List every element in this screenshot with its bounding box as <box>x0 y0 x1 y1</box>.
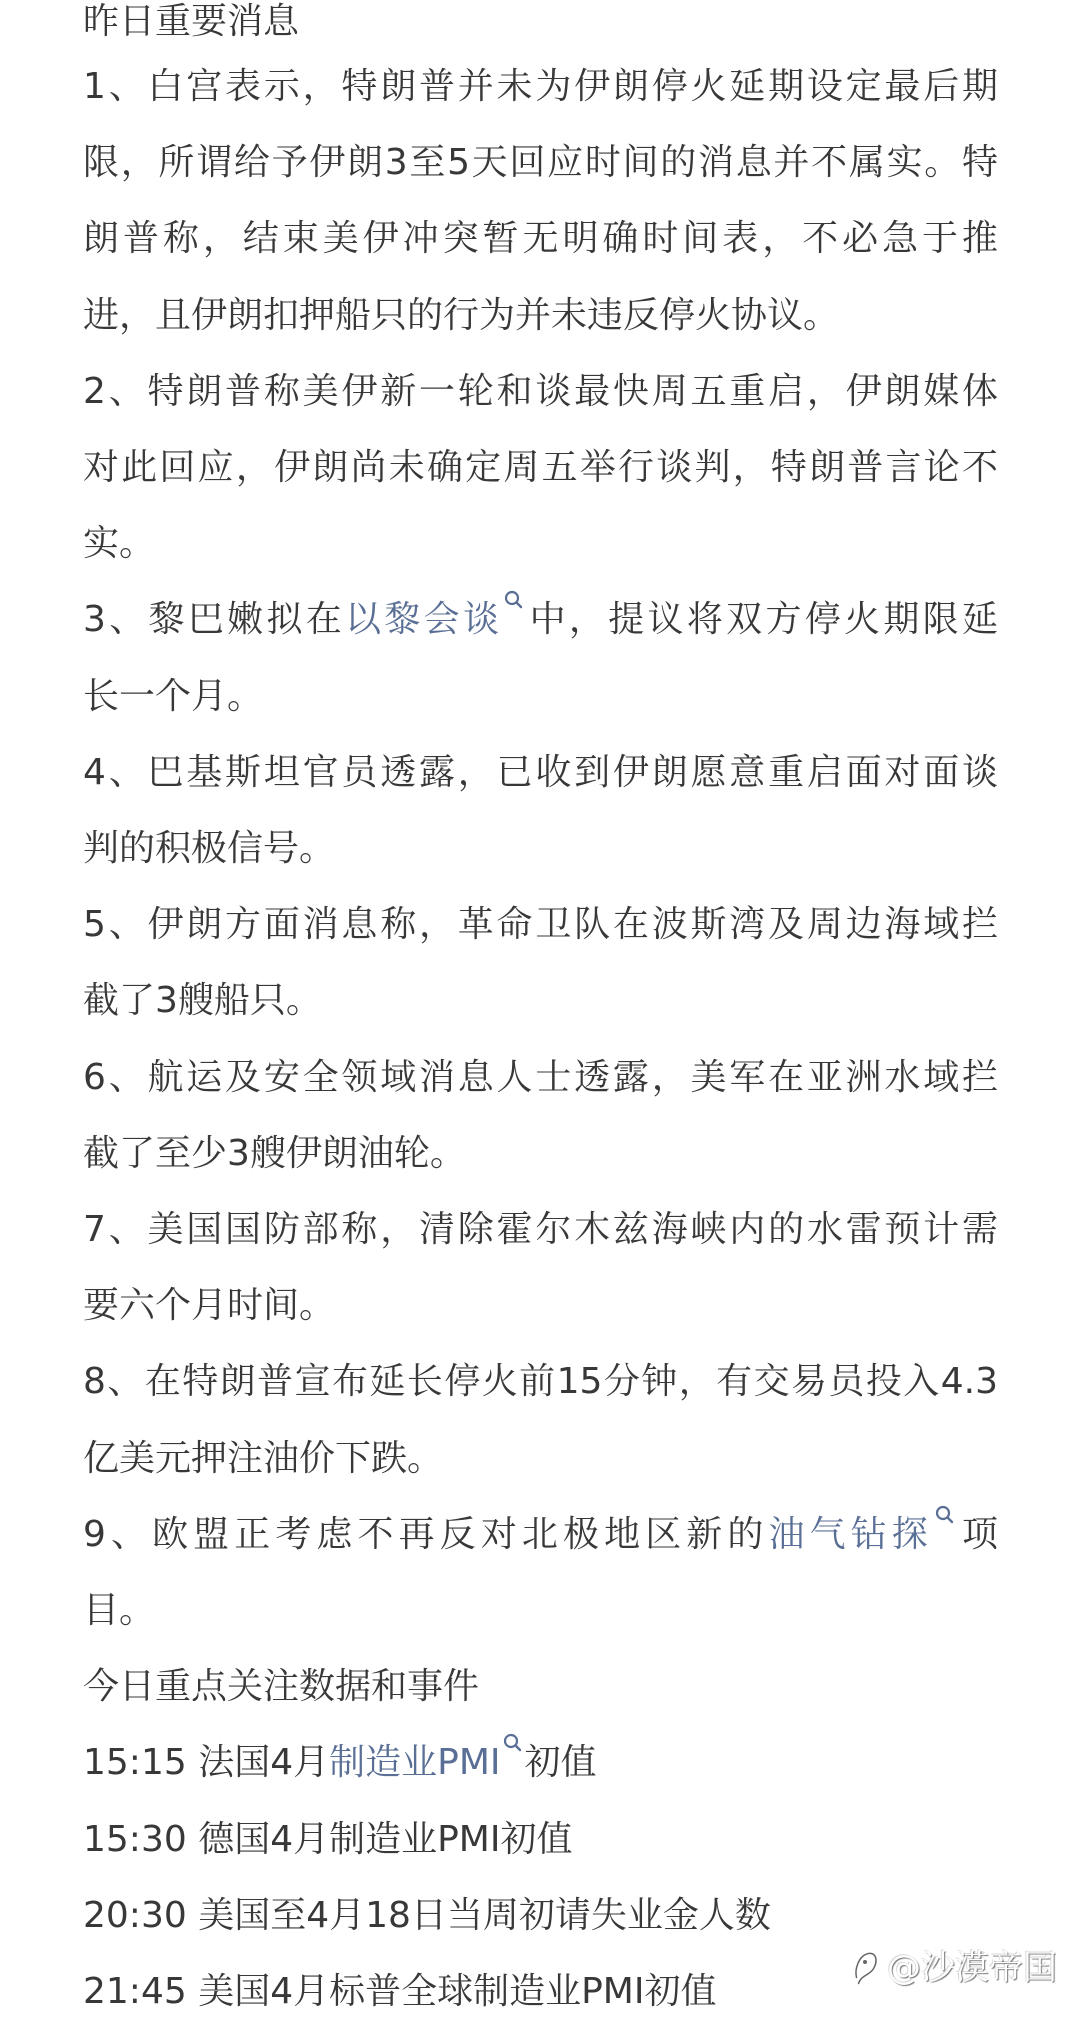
text-line: 截了3艘船只。 <box>83 963 998 1039</box>
text-segment: 21:45 美国4月标普全球制造业PMI初值 <box>83 1971 716 2012</box>
text-line: 对此回应，伊朗尚未确定周五举行谈判，特朗普言论不 <box>83 430 998 506</box>
text-segment: 要六个月时间。 <box>83 1285 335 1326</box>
text-line: 长一个月。 <box>83 659 998 735</box>
text-segment: 4、巴基斯坦官员透露，已收到伊朗愿意重启面对面谈 <box>83 752 998 793</box>
section-title-text: 昨日重要消息 <box>83 1 299 42</box>
text-segment: 初值 <box>525 1742 597 1783</box>
text-segment: 9、欧盟正考虑不再反对北极地区新的 <box>83 1514 769 1555</box>
text-segment: 对此回应，伊朗尚未确定周五举行谈判，特朗普言论不 <box>83 447 998 488</box>
search-icon[interactable] <box>504 590 524 612</box>
text-segment: 1、白宫表示，特朗普并未为伊朗停火延期设定最后期 <box>83 66 998 107</box>
text-line: 15:15 法国4月制造业PMI初值 <box>83 1725 998 1801</box>
text-line: 5、伊朗方面消息称，革命卫队在波斯湾及周边海域拦 <box>83 887 998 963</box>
text-segment: 限，所谓给予伊朗3至5天回应时间的消息并不属实。特 <box>83 142 998 183</box>
text-segment: 朗普称，结束美伊冲突暂无明确时间表，不必急于推 <box>83 218 998 259</box>
text-line: 亿美元押注油价下跌。 <box>83 1421 998 1497</box>
text-segment: 实。 <box>83 523 155 564</box>
text-line: 要六个月时间。 <box>83 1268 998 1344</box>
text-segment: 中，提议将双方停火期限延 <box>526 599 998 640</box>
text-segment: 项 <box>957 1514 998 1555</box>
text-segment: 2、特朗普称美伊新一轮和谈最快周五重启，伊朗媒体 <box>83 371 998 412</box>
section-title-text: 今日重点关注数据和事件 <box>83 1666 479 1707</box>
text-line: 9、欧盟正考虑不再反对北极地区新的油气钻探项 <box>83 1497 998 1573</box>
text-segment: 3、黎巴嫩拟在 <box>83 599 345 640</box>
text-line: 进，且伊朗扣押船只的行为并未违反停火协议。 <box>83 278 998 354</box>
text-segment: 8、在特朗普宣布延长停火前15分钟，有交易员投入4.3 <box>83 1361 998 1402</box>
text-line: 实。 <box>83 506 998 582</box>
text-segment: 长一个月。 <box>83 676 263 717</box>
text-segment: 5、伊朗方面消息称，革命卫队在波斯湾及周边海域拦 <box>83 904 998 945</box>
search-icon[interactable] <box>503 1733 523 1755</box>
text-segment: 判的积极信号。 <box>83 828 335 869</box>
text-segment: 15:15 法国4月 <box>83 1742 329 1783</box>
text-line: 1、白宫表示，特朗普并未为伊朗停火延期设定最后期 <box>83 49 998 125</box>
watermark: @沙漠帝国 <box>845 1940 1057 1988</box>
text-line: 截了至少3艘伊朗油轮。 <box>83 1116 998 1192</box>
text-segment: 目。 <box>83 1590 155 1631</box>
text-line: 4、巴基斯坦官员透露，已收到伊朗愿意重启面对面谈 <box>83 735 998 811</box>
text-line: 6、航运及安全领域消息人士透露，美军在亚洲水域拦 <box>83 1040 998 1116</box>
text-line: 3、黎巴嫩拟在以黎会谈中，提议将双方停火期限延 <box>83 582 998 658</box>
search-link[interactable]: 油气钻探 <box>769 1514 933 1555</box>
section-title-today: 今日重点关注数据和事件 <box>83 1649 998 1725</box>
text-segment: 截了3艘船只。 <box>83 980 322 1021</box>
text-line: 判的积极信号。 <box>83 811 998 887</box>
text-line: 目。 <box>83 1573 998 1649</box>
watermark-text: @沙漠帝国 <box>887 1940 1057 1989</box>
text-segment: 20:30 美国至4月18日当周初请失业金人数 <box>83 1895 771 1936</box>
text-line: 7、美国国防部称，清除霍尔木兹海峡内的水雷预计需 <box>83 1192 998 1268</box>
text-segment: 7、美国国防部称，清除霍尔木兹海峡内的水雷预计需 <box>83 1209 998 1250</box>
search-link[interactable]: 制造业PMI <box>329 1742 500 1783</box>
search-link[interactable]: 以黎会谈 <box>345 599 502 640</box>
text-line: 8、在特朗普宣布延长停火前15分钟，有交易员投入4.3 <box>83 1344 998 1420</box>
text-segment: 截了至少3艘伊朗油轮。 <box>83 1133 466 1174</box>
text-line: 2、特朗普称美伊新一轮和谈最快周五重启，伊朗媒体 <box>83 354 998 430</box>
search-icon[interactable] <box>935 1505 955 1527</box>
text-segment: 15:30 德国4月制造业PMI初值 <box>83 1819 572 1860</box>
text-line: 限，所谓给予伊朗3至5天回应时间的消息并不属实。特 <box>83 125 998 201</box>
text-segment: 进，且伊朗扣押船只的行为并未违反停火协议。 <box>83 295 839 336</box>
zhihu-logo-icon <box>845 1942 883 1986</box>
text-line: 朗普称，结束美伊冲突暂无明确时间表，不必急于推 <box>83 201 998 277</box>
text-segment: 6、航运及安全领域消息人士透露，美军在亚洲水域拦 <box>83 1057 998 1098</box>
text-segment: 亿美元押注油价下跌。 <box>83 1438 443 1479</box>
text-line: 15:30 德国4月制造业PMI初值 <box>83 1802 998 1878</box>
